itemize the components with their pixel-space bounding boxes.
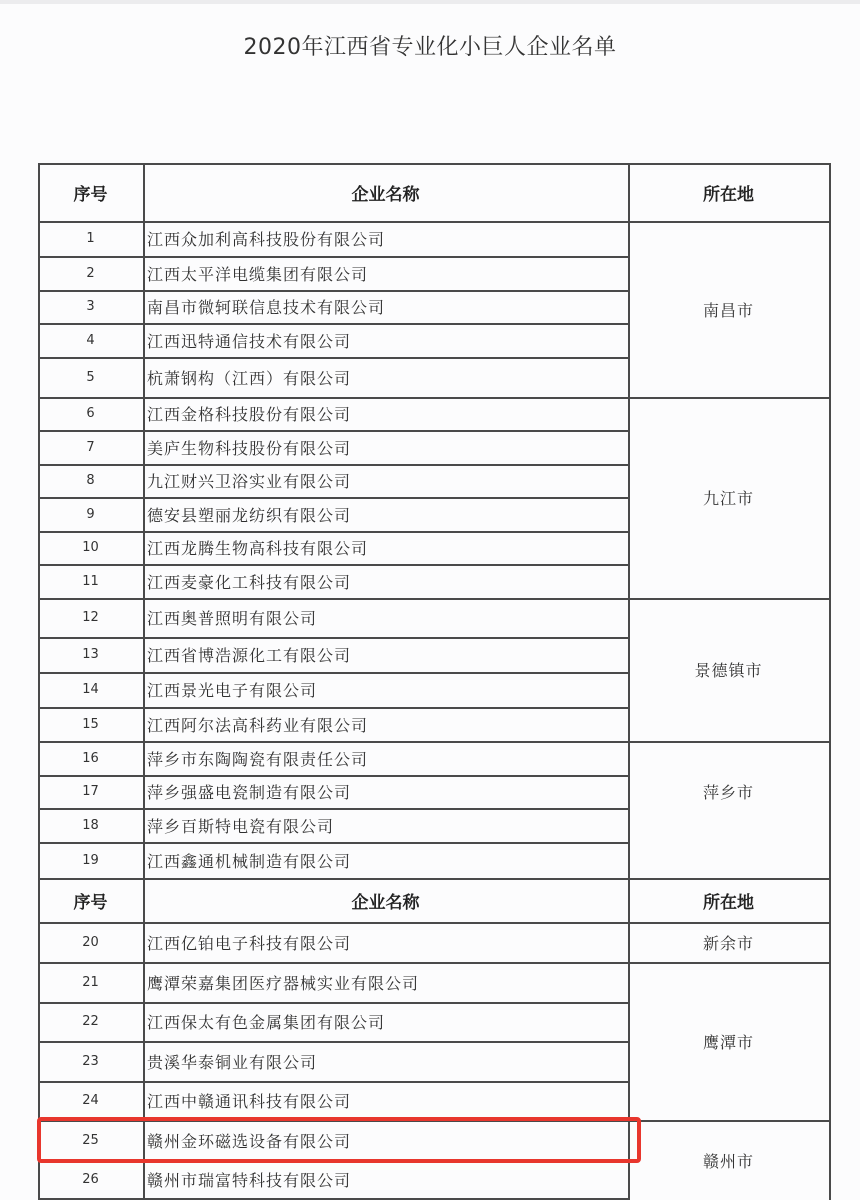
row-index: 20 (38, 922, 143, 962)
row-index: 1 (38, 221, 143, 256)
row-divider (38, 637, 628, 639)
row-index: 15 (38, 707, 143, 741)
row-index: 22 (38, 1002, 143, 1041)
location-cell: 鹰潭市 (628, 962, 829, 1120)
row-divider (628, 598, 829, 600)
location-cell: 新余市 (628, 922, 829, 962)
company-name: 江西奥普照明有限公司 (143, 598, 628, 637)
column-divider (143, 163, 145, 1200)
row-divider (38, 598, 628, 600)
company-name: 江西龙腾生物高科技有限公司 (143, 531, 628, 564)
row-index: 17 (38, 775, 143, 808)
location-cell: 九江市 (628, 397, 829, 598)
row-index: 10 (38, 531, 143, 564)
row-divider (38, 430, 628, 432)
company-name: 江西中赣通讯科技有限公司 (143, 1081, 628, 1120)
row-divider (38, 775, 628, 777)
row-index: 8 (38, 464, 143, 497)
row-divider (38, 808, 628, 810)
column-divider (38, 163, 40, 1200)
row-index: 26 (38, 1160, 143, 1198)
header-index: 序号 (38, 163, 143, 221)
row-index: 4 (38, 323, 143, 357)
header-location: 所在地 (628, 878, 829, 922)
row-index: 23 (38, 1041, 143, 1081)
row-divider (38, 464, 628, 466)
company-name: 萍乡强盛电瓷制造有限公司 (143, 775, 628, 808)
row-divider (38, 564, 628, 566)
column-divider (628, 163, 630, 1200)
company-name: 江西阿尔法高科药业有限公司 (143, 707, 628, 741)
company-name: 杭萧钢构（江西）有限公司 (143, 357, 628, 397)
highlight-box-row-25 (37, 1117, 641, 1163)
row-divider (38, 256, 628, 258)
company-name: 江西保太有色金属集团有限公司 (143, 1002, 628, 1041)
top-bar (0, 0, 860, 4)
row-index: 18 (38, 808, 143, 842)
company-name: 萍乡市东陶陶瓷有限责任公司 (143, 741, 628, 775)
row-divider (38, 672, 628, 674)
location-cell: 萍乡市 (628, 741, 829, 842)
row-divider (628, 962, 829, 964)
row-index: 13 (38, 637, 143, 672)
company-name: 赣州市瑞富特科技有限公司 (143, 1160, 628, 1198)
row-divider (38, 397, 628, 399)
location-cell: 景德镇市 (628, 598, 829, 741)
location-cell: 赣州市 (628, 1120, 829, 1200)
row-divider (38, 221, 829, 223)
row-index: 19 (38, 842, 143, 878)
company-name: 萍乡百斯特电瓷有限公司 (143, 808, 628, 842)
row-divider (38, 842, 628, 844)
row-divider (38, 357, 628, 359)
document-title: 2020年江西省专业化小巨人企业名单 (0, 30, 860, 61)
location-cell: 南昌市 (628, 221, 829, 397)
row-divider (38, 497, 628, 499)
row-index: 7 (38, 430, 143, 464)
row-index: 3 (38, 290, 143, 323)
company-name: 江西亿铂电子科技有限公司 (143, 922, 628, 962)
company-name: 贵溪华泰铜业有限公司 (143, 1041, 628, 1081)
row-index: 14 (38, 672, 143, 707)
company-name: 鹰潭荣嘉集团医疗器械实业有限公司 (143, 962, 628, 1002)
row-index: 21 (38, 962, 143, 1002)
row-divider (38, 962, 628, 964)
row-index: 6 (38, 397, 143, 430)
header-name: 企业名称 (143, 878, 628, 922)
company-name: 江西金格科技股份有限公司 (143, 397, 628, 430)
company-name: 江西景光电子有限公司 (143, 672, 628, 707)
company-name: 美庐生物科技股份有限公司 (143, 430, 628, 464)
company-name: 德安县塑丽龙纺织有限公司 (143, 497, 628, 531)
row-index: 16 (38, 741, 143, 775)
header-location: 所在地 (628, 163, 829, 221)
company-name: 江西众加利高科技股份有限公司 (143, 221, 628, 256)
row-divider (38, 878, 829, 880)
header-name: 企业名称 (143, 163, 628, 221)
row-divider (38, 741, 628, 743)
company-name: 江西省博浩源化工有限公司 (143, 637, 628, 672)
company-name: 江西太平洋电缆集团有限公司 (143, 256, 628, 290)
row-index: 11 (38, 564, 143, 598)
row-divider (38, 163, 829, 165)
row-index: 24 (38, 1081, 143, 1120)
row-divider (38, 707, 628, 709)
row-index: 12 (38, 598, 143, 637)
row-divider (38, 531, 628, 533)
row-divider (38, 323, 628, 325)
row-divider (38, 1081, 628, 1083)
company-name: 南昌市微轲联信息技术有限公司 (143, 290, 628, 323)
company-name: 江西鑫通机械制造有限公司 (143, 842, 628, 878)
company-name: 江西迅特通信技术有限公司 (143, 323, 628, 357)
column-divider (829, 163, 831, 1200)
row-divider (38, 290, 628, 292)
company-name: 江西麦豪化工科技有限公司 (143, 564, 628, 598)
row-divider (38, 922, 829, 924)
row-divider (38, 1041, 628, 1043)
row-divider (628, 397, 829, 399)
company-name: 九江财兴卫浴实业有限公司 (143, 464, 628, 497)
row-divider (628, 741, 829, 743)
row-divider (628, 1120, 829, 1122)
header-index: 序号 (38, 878, 143, 922)
row-divider (38, 1002, 628, 1004)
row-index: 5 (38, 357, 143, 397)
row-index: 9 (38, 497, 143, 531)
row-index: 2 (38, 256, 143, 290)
